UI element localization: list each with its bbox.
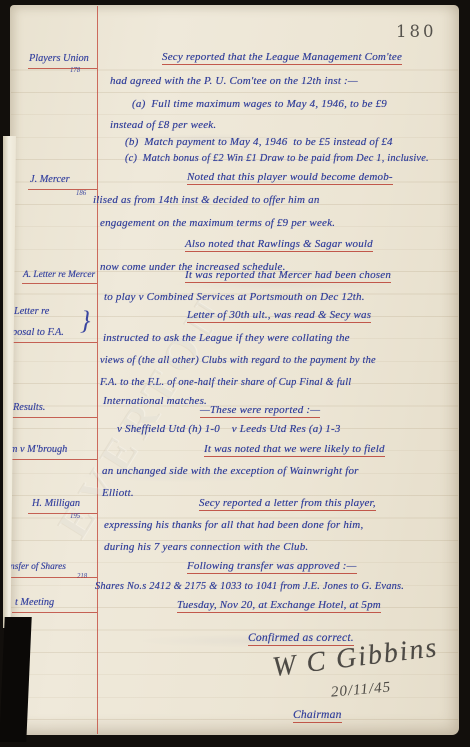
minute-line: expressing his thanks for all that had b…	[104, 519, 363, 531]
cross-reference-number: 195	[70, 513, 80, 520]
minute-line: to play v Combined Services at Portsmout…	[104, 291, 365, 303]
margin-heading-underline	[22, 283, 97, 284]
minute-line: Also noted that Rawlings & Sagar would	[185, 238, 373, 252]
margin-brace: }	[80, 306, 90, 336]
ledger-page	[10, 5, 459, 735]
minute-line: Tuesday, Nov 20, at Exchange Hotel, at 5…	[177, 599, 381, 613]
margin-heading-underline	[10, 417, 97, 418]
minute-line: It was reported that Mercer had been cho…	[185, 269, 391, 283]
margin-heading-next-meeting: t Meeting	[15, 597, 54, 608]
margin-heading-underline	[28, 68, 97, 69]
margin-heading-underline	[8, 459, 97, 460]
minute-line: engagement on the maximum terms of £9 pe…	[100, 217, 335, 229]
minute-line: Letter of 30th ult., was read & Secy was	[187, 309, 371, 323]
margin-heading-letter-re-proposal: Letter re	[14, 306, 49, 317]
margin-heading-letter-re-proposal-2: posal to F.A.	[12, 327, 64, 338]
minute-line: Elliott.	[102, 487, 134, 499]
minute-line: instead of £8 per week.	[110, 119, 216, 131]
minute-line: —These were reported :—	[200, 404, 320, 418]
margin-heading-letter-re-mercer: A. Letter re Mercer	[23, 270, 95, 280]
minute-line: (c) Match bonus of £2 Win £1 Draw to be …	[125, 153, 429, 164]
minute-book-photograph: EVERTON 180 Players Union 178 Secy repor…	[0, 0, 470, 747]
margin-heading-underline	[28, 189, 97, 190]
margin-heading-h-milligan: H. Milligan	[32, 498, 80, 509]
minute-line: International matches.	[103, 395, 207, 407]
minute-line: Secy reported a letter from this player,	[199, 497, 376, 511]
cross-reference-number: 186	[76, 190, 86, 197]
minute-line: Shares No.s 2412 & 2175 & 1033 to 1041 f…	[95, 581, 404, 592]
red-margin-rule	[97, 6, 98, 734]
minute-line: had agreed with the P. U. Com'tee on the…	[110, 75, 358, 87]
margin-heading-underline	[12, 612, 97, 613]
margin-heading-players-union: Players Union	[29, 53, 89, 64]
minute-line: views of (the all other) Clubs with rega…	[100, 355, 376, 366]
minute-line: Noted that this player would become demo…	[187, 171, 393, 185]
minute-line: (b) Match payment to May 4, 1946 to be £…	[125, 136, 393, 148]
minute-line: It was noted that we were likely to fiel…	[204, 443, 385, 457]
minute-line: ilised as from 14th inst & decided to of…	[93, 194, 320, 206]
photo-backing-corner	[0, 617, 32, 742]
margin-heading-underline	[8, 577, 97, 578]
minute-line: F.A. to the F.L. of one-half their share…	[100, 377, 351, 388]
margin-heading-underline	[28, 513, 97, 514]
minute-line: an unchanged side with the exception of …	[102, 465, 359, 477]
minute-line: v Sheffield Utd (h) 1-0 v Leeds Utd Res …	[117, 423, 341, 435]
chairman-title: Chairman	[293, 708, 342, 723]
margin-heading-team-v-mbrough: m v M'brough	[10, 444, 67, 455]
page-number: 180	[396, 22, 437, 41]
cross-reference-number: 178	[70, 67, 80, 74]
minute-line: Secy reported that the League Management…	[162, 51, 402, 65]
margin-heading-results: Results.	[13, 402, 45, 413]
minute-line: instructed to ask the League if they wer…	[103, 332, 350, 344]
minute-line: Following transfer was approved :—	[187, 560, 357, 574]
margin-heading-underline	[10, 342, 97, 343]
minute-line: during his 7 years connection with the C…	[104, 541, 308, 553]
margin-heading-transfer-of-shares: nsfer of Shares	[10, 562, 66, 572]
minute-line: (a) Full time maximum wages to May 4, 19…	[132, 98, 387, 110]
margin-heading-j-mercer: J. Mercer	[30, 174, 70, 185]
